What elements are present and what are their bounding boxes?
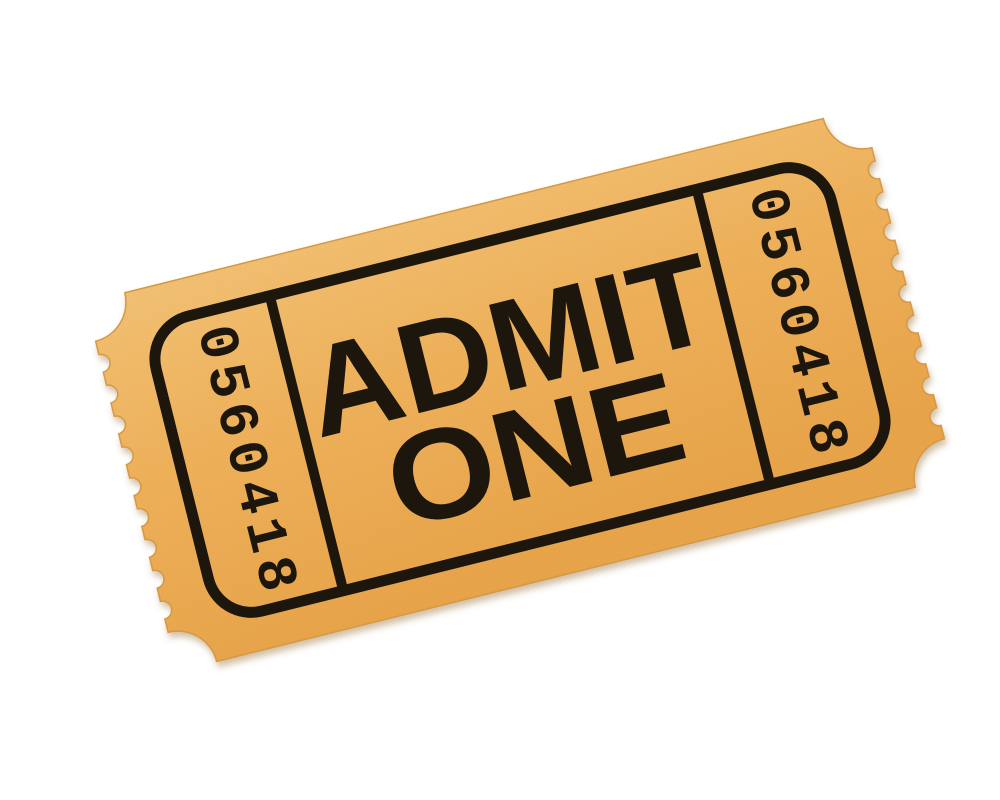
admit-one-ticket-image: 0560418 0560418 ADMIT ONE (0, 0, 1000, 800)
ticket-shadow-wrapper: 0560418 0560418 ADMIT ONE (86, 109, 954, 671)
ticket-image-canvas: 0560418 0560418 ADMIT ONE (0, 0, 1000, 800)
ticket: 0560418 0560418 ADMIT ONE (86, 109, 954, 671)
